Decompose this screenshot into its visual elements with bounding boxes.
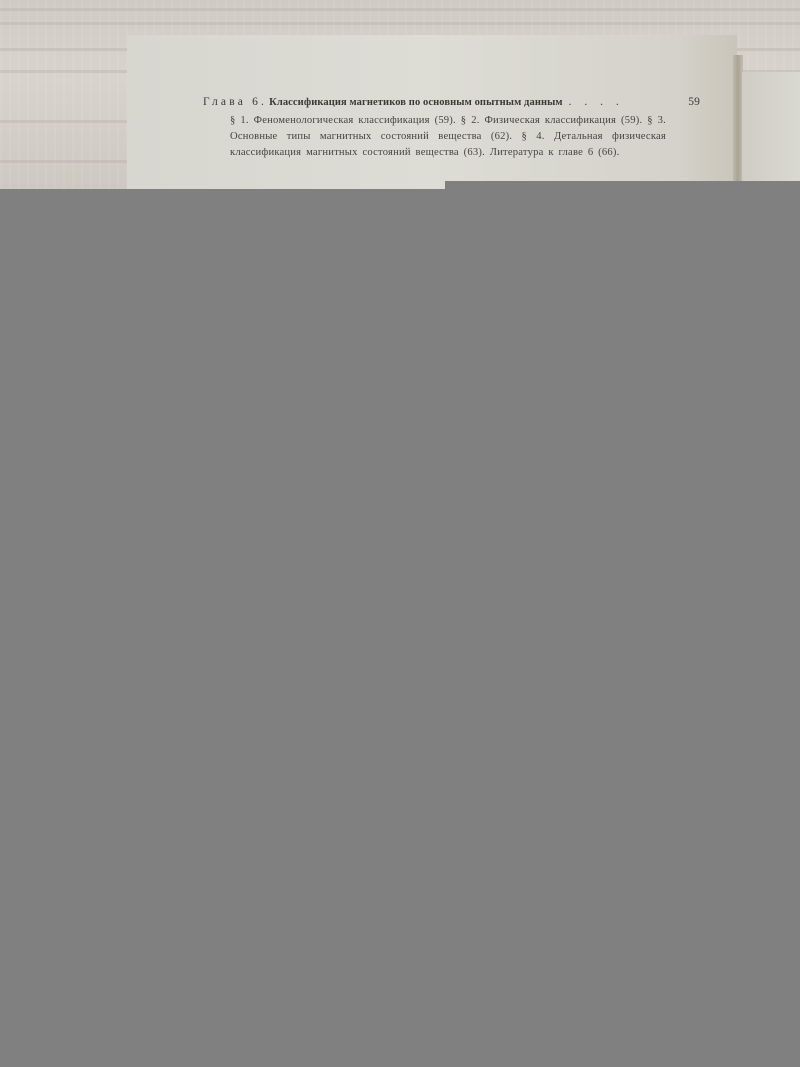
page-number: 59 <box>676 96 700 108</box>
toc-entry-chapter-6: Глава 6. Классификация магнетиков по осн… <box>203 96 700 161</box>
redacted-region <box>0 189 445 1067</box>
wood-grain <box>0 8 800 11</box>
dot-leader: . . . . <box>569 96 670 108</box>
wood-grain <box>0 22 800 25</box>
book-page-right <box>742 72 800 192</box>
chapter-label: Глава 6. <box>203 96 267 108</box>
toc-heading: Глава 6. Классификация магнетиков по осн… <box>203 96 700 108</box>
toc-sections: § 1. Феноменологическая классификация (5… <box>230 113 666 161</box>
chapter-title: Классификация магнетиков по основным опы… <box>269 97 563 108</box>
redacted-region <box>445 181 800 1067</box>
